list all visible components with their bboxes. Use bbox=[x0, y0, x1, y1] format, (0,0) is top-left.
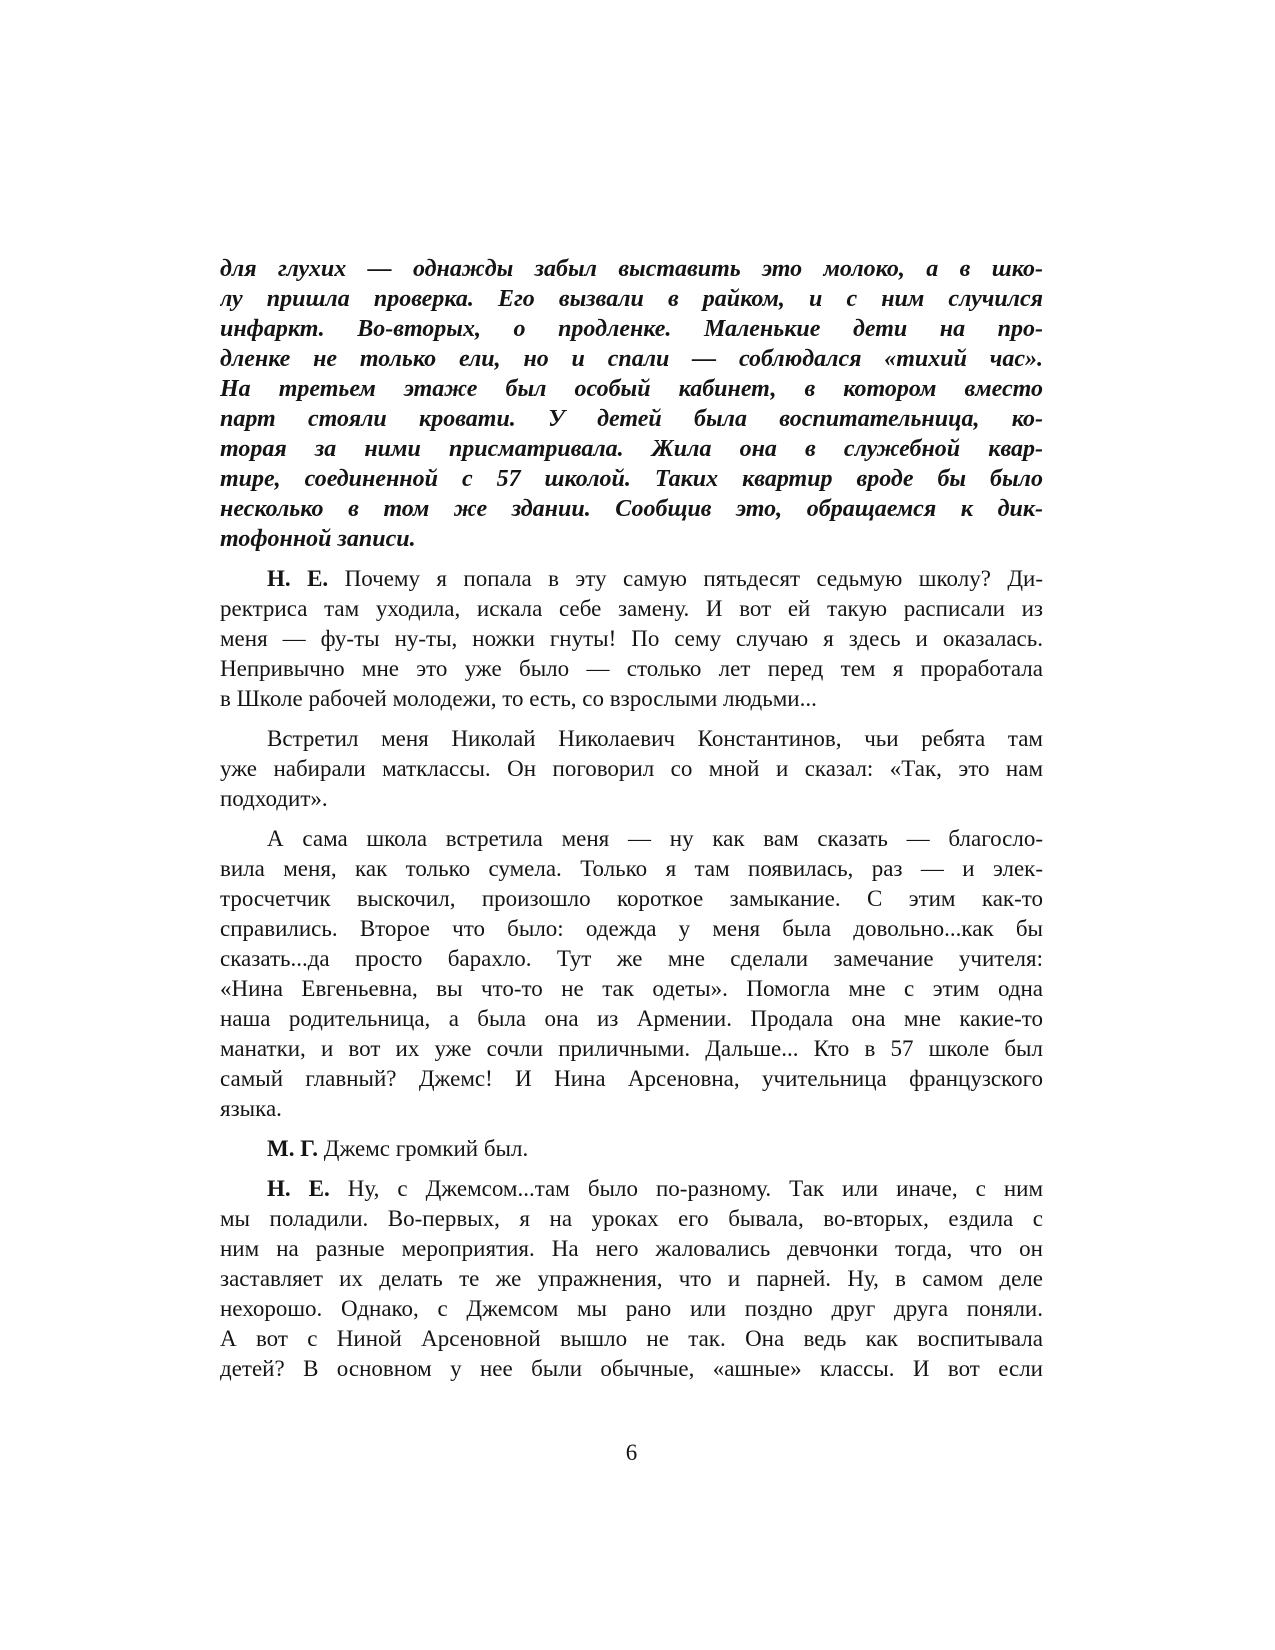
text-line: в Школе рабочей молодежи, то есть, со вз… bbox=[220, 684, 1043, 714]
page-number: 6 bbox=[220, 1438, 1043, 1468]
text-line: ним на разные мероприятия. На него жалов… bbox=[220, 1234, 1043, 1264]
paragraph: для глухих — однажды забыл выставить это… bbox=[220, 254, 1043, 554]
text-block: для глухих — однажды забыл выставить это… bbox=[220, 254, 1043, 1394]
text-line: мы поладили. Во-первых, я на уроках его … bbox=[220, 1204, 1043, 1234]
text-line: тире, соединенной с 57 школой. Таких ква… bbox=[220, 464, 1043, 494]
text-line: наша родительница, а была она из Армении… bbox=[220, 1004, 1043, 1034]
text-line: М. Г. Джемс громкий был. bbox=[220, 1134, 1043, 1164]
text-line: тофонной записи. bbox=[220, 524, 1043, 554]
text-line: Н. Е. Ну, с Джемсом...там было по-разном… bbox=[220, 1174, 1043, 1204]
text-line: манатки, и вот их уже сочли приличными. … bbox=[220, 1034, 1043, 1064]
speaker-label: Н. Е. bbox=[267, 566, 345, 591]
text-line: сказать...да просто барахло. Тут же мне … bbox=[220, 944, 1043, 974]
text-line: нехорошо. Однако, с Джемсом мы рано или … bbox=[220, 1294, 1043, 1324]
text-line: «Нина Евгеньевна, вы что-то не так одеты… bbox=[220, 974, 1043, 1004]
text-line: инфаркт. Во-вторых, о продленке. Маленьк… bbox=[220, 314, 1043, 344]
document-page: для глухих — однажды забыл выставить это… bbox=[0, 0, 1275, 1650]
text-line: языка. bbox=[220, 1094, 1043, 1124]
text-line: уже набирали матклассы. Он поговорил со … bbox=[220, 754, 1043, 784]
paragraph: Н. Е. Почему я попала в эту самую пятьде… bbox=[220, 564, 1043, 714]
text-line: Непривычно мне это уже было — столько ле… bbox=[220, 654, 1043, 684]
text-line: для глухих — однажды забыл выставить это… bbox=[220, 254, 1043, 284]
text-line: дленке не только ели, но и спали — соблю… bbox=[220, 344, 1043, 374]
text-line: самый главный? Джемс! И Нина Арсеновна, … bbox=[220, 1064, 1043, 1094]
text-line: А сама школа встретила меня — ну как вам… bbox=[220, 824, 1043, 854]
paragraph: Н. Е. Ну, с Джемсом...там было по-разном… bbox=[220, 1174, 1043, 1384]
text-line: Встретил меня Николай Николаевич Констан… bbox=[220, 724, 1043, 754]
text-line: несколько в том же здании. Сообщив это, … bbox=[220, 494, 1043, 524]
speaker-label: Н. Е. bbox=[267, 1176, 348, 1201]
paragraph: Встретил меня Николай Николаевич Констан… bbox=[220, 724, 1043, 814]
text-line: торая за ними присматривала. Жила она в … bbox=[220, 434, 1043, 464]
paragraph: А сама школа встретила меня — ну как вам… bbox=[220, 824, 1043, 1124]
text-line: детей? В основном у нее были обычные, «а… bbox=[220, 1354, 1043, 1384]
text-line: справились. Второе что было: одежда у ме… bbox=[220, 914, 1043, 944]
paragraph: М. Г. Джемс громкий был. bbox=[220, 1134, 1043, 1164]
text-line: меня — фу-ты ну-ты, ножки гнуты! По сему… bbox=[220, 624, 1043, 654]
text-line: ректриса там уходила, искала себе замену… bbox=[220, 594, 1043, 624]
text-line: заставляет их делать те же упражнения, ч… bbox=[220, 1264, 1043, 1294]
text-line: А вот с Ниной Арсеновной вышло не так. О… bbox=[220, 1324, 1043, 1354]
speaker-label: М. Г. bbox=[267, 1136, 324, 1161]
text-line: Н. Е. Почему я попала в эту самую пятьде… bbox=[220, 564, 1043, 594]
text-line: лу пришла проверка. Его вызвали в райком… bbox=[220, 284, 1043, 314]
text-line: подходит». bbox=[220, 784, 1043, 814]
text-line: тросчетчик выскочил, произошло короткое … bbox=[220, 884, 1043, 914]
text-line: вила меня, как только сумела. Только я т… bbox=[220, 854, 1043, 884]
text-line: На третьем этаже был особый кабинет, в к… bbox=[220, 374, 1043, 404]
text-line: парт стояли кровати. У детей была воспит… bbox=[220, 404, 1043, 434]
